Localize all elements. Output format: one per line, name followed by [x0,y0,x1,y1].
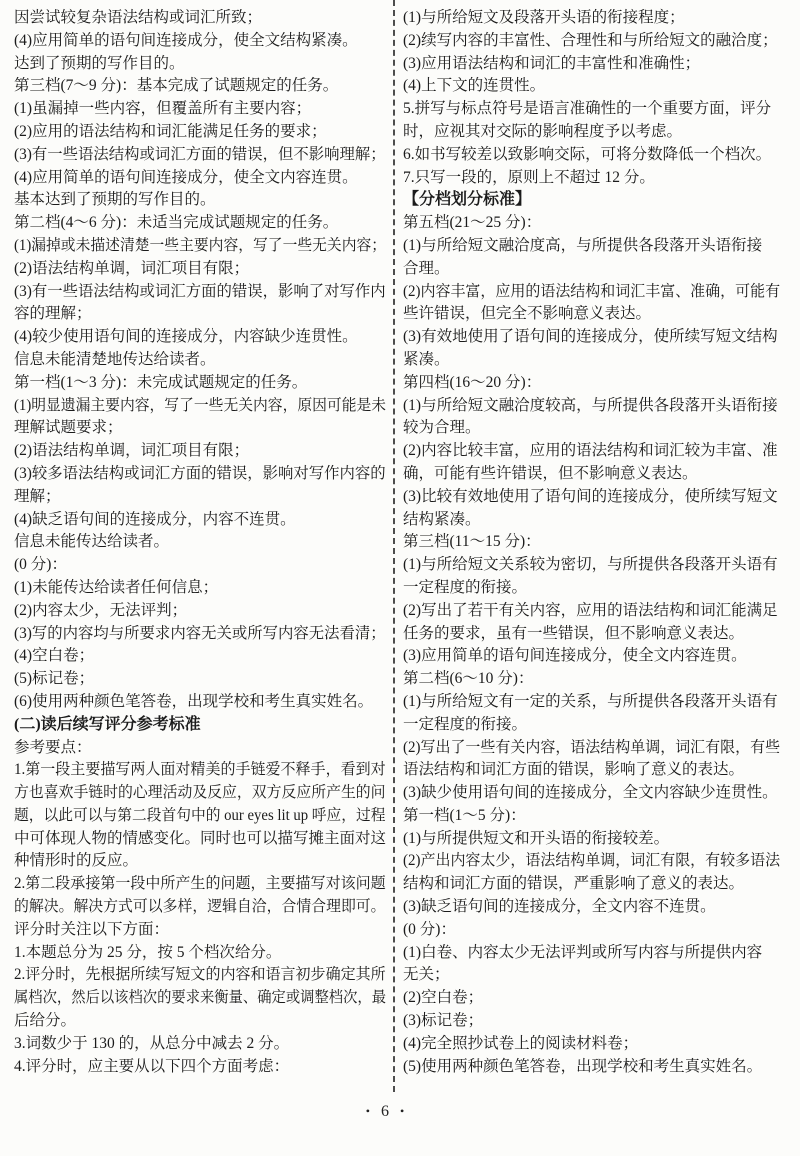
text-line: 信息未能传达给读者。 [14,531,386,554]
text-line: (1)与所提供短文和开头语的衔接较差。 [403,828,780,851]
text-line: 第一档(1～5 分)： [403,805,780,828]
text-line: 时，应视其对交际的影响程度予以考虑。 [403,121,780,144]
text-line: 理解； [14,486,386,509]
footer-dot-left: • [355,1104,381,1118]
text-line: 后给分。 [14,1010,386,1033]
text-line: 语法结构和词汇方面的错误，影响了意义的表达。 [403,759,780,782]
text-line: (1)未能传达给读者任何信息； [14,577,386,600]
text-line: 的解决。解决方式可以多样，逻辑自洽，合情合理即可。 [14,896,371,919]
text-line: 一定程度的衔接。 [403,577,780,600]
text-line: 属档次，然后以该档次的要求来衡量、确定或调整档次，最 [14,987,357,1010]
text-line: 任务的要求，虽有一些错误，但不影响意义表达。 [403,623,780,646]
text-line: 些许错误，但完全不影响意义表达。 [403,303,780,326]
text-line: (4)空白卷； [14,645,386,668]
text-line: 方也喜欢手链时的心理活动及反应，双方反应所产生的问 [14,782,371,805]
text-line: 第一档(1～3 分)：未完成试题规定的任务。 [14,372,386,395]
text-line: 结构和词汇方面的错误，严重影响了意义的表达。 [403,873,780,896]
text-line: 7.只写一段的，原则上不超过 12 分。 [403,167,780,190]
text-line: 2.第二段承接第一段中所产生的问题，主要描写对该问题 [14,873,374,896]
text-line: 第四档(16～20 分)： [403,372,780,395]
document-page: 因尝试较复杂语法结构或词汇所致；(4)应用简单的语句间连接成分，使全文结构紧凑。… [0,0,800,1156]
text-line: 4.评分时，应主要从以下四个方面考虑： [14,1056,386,1079]
text-line: (4)应用简单的语句间连接成分，使全文内容连贯。 [14,167,386,190]
text-line: (3)缺乏语句间的连接成分，全文内容不连贯。 [403,896,780,919]
text-line: (二)读后续写评分参考标准 [14,714,386,737]
text-line: (1)与所给短文及段落开头语的衔接程度； [403,7,780,30]
text-line: (3)标记卷； [403,1010,780,1033]
text-line: 种情形时的反应。 [14,850,386,873]
text-line: 参考要点： [14,737,386,760]
text-line: (2)语法结构单调，词汇项目有限； [14,440,386,463]
text-line: 1.第一段主要描写两人面对精美的手链爱不释手，看到对 [14,759,374,782]
text-line: (3)有一些语法结构或词汇方面的错误，影响了对写作内 [14,281,383,304]
text-line: (2)内容太少，无法评判； [14,600,386,623]
text-line: (4)完全照抄试卷上的阅读材料卷； [403,1033,780,1056]
text-line: (2)应用的语法结构和词汇能满足任务的要求； [14,121,386,144]
text-line: 中可体现人物的情感变化。同时也可以描写摊主面对这 [14,828,386,851]
text-line: (1)明显遗漏主要内容，写了一些无关内容，原因可能是未 [14,395,369,418]
text-line: 较为合理。 [403,417,780,440]
text-line: (2)空白卷； [403,987,780,1010]
text-line: (1)与所给短文有一定的关系，与所提供各段落开头语有 [403,691,780,714]
page-number: 6 [381,1103,389,1120]
text-line: (2)续写内容的丰富性、合理性和与所给短文的融洽度； [403,30,780,53]
text-line: (2)写出了一些有关内容，语法结构单调，词汇有限，有些 [403,737,767,760]
column-left: 因尝试较复杂语法结构或词汇所致；(4)应用简单的语句间连接成分，使全文结构紧凑。… [14,7,386,1078]
text-line: (1)虽漏掉一些内容，但覆盖所有主要内容； [14,98,386,121]
text-line: (3)应用语法结构和词汇的丰富性和准确性； [403,53,780,76]
text-line: (3)有一些语法结构或词汇方面的错误，但不影响理解； [14,144,383,167]
text-line: 5.拼写与标点符号是语言准确性的一个重要方面，评分 [403,98,780,121]
text-line: (5)使用两种颜色笔答卷，出现学校和考生真实姓名。 [403,1056,780,1079]
text-line: 第三档(7～9 分)：基本完成了试题规定的任务。 [14,75,386,98]
page-footer: •6• [0,1103,770,1121]
text-line: (2)语法结构单调，词汇项目有限； [14,258,386,281]
text-line: 第二档(6～10 分)： [403,668,780,691]
text-line: (3)写的内容均与所要求内容无关或所写内容无法看清； [14,623,383,646]
text-line: (3)有效地使用了语句间的连接成分，使所续写短文结构 [403,326,780,349]
text-line: (0 分)： [403,919,780,942]
text-line: (3)较多语法结构或词汇方面的错误，影响对写作内容的 [14,463,383,486]
text-line: (5)标记卷； [14,668,386,691]
text-line: (3)比较有效地使用了语句间的连接成分，使所续写短文 [403,486,780,509]
text-line: (6)使用两种颜色笔答卷，出现学校和考生真实姓名。 [14,691,386,714]
text-line: 1.本题总分为 25 分，按 5 个档次给分。 [14,942,386,965]
text-line: (2)写出了若干有关内容，应用的语法结构和词汇能满足 [403,600,780,623]
text-line: 达到了预期的写作目的。 [14,53,386,76]
text-line: 无关； [403,964,780,987]
text-line: (2)产出内容太少，语法结构单调，词汇有限，有较多语法 [403,850,767,873]
text-line: 一定程度的衔接。 [403,714,780,737]
text-line: (1)白卷、内容太少无法评判或所写内容与所提供内容 [403,942,780,965]
text-line: (0 分)： [14,554,386,577]
text-line: 评分时关注以下方面： [14,919,386,942]
text-line: 理解试题要求； [14,417,386,440]
text-line: (1)与所给短文融洽度高，与所提供各段落开头语衔接 [403,235,780,258]
footer-dot-right: • [389,1104,415,1118]
text-line: 2.评分时，先根据所续写短文的内容和语言初步确定其所 [14,964,374,987]
text-line: 第五档(21～25 分)： [403,212,780,235]
text-line: (3)应用简单的语句间连接成分，使全文内容连贯。 [403,645,780,668]
text-line: (4)缺乏语句间的连接成分，内容不连贯。 [14,509,386,532]
text-line: (4)上下文的连贯性。 [403,75,780,98]
column-divider [393,0,395,1092]
text-line: 确，可能有些许错误，但不影响意义表达。 [403,463,780,486]
text-line: 第三档(11～15 分)： [403,531,780,554]
column-right: (1)与所给短文及段落开头语的衔接程度；(2)续写内容的丰富性、合理性和与所给短… [403,7,780,1078]
text-line: (4)应用简单的语句间连接成分，使全文结构紧凑。 [14,30,386,53]
text-line: 3.词数少于 130 的，从总分中减去 2 分。 [14,1033,386,1056]
text-line: 合理。 [403,258,780,281]
text-line: 基本达到了预期的写作目的。 [14,189,386,212]
text-line: 【分档划分标准】 [403,189,780,212]
text-line: 6.如书写较差以致影响交际，可将分数降低一个档次。 [403,144,780,167]
text-line: (4)较少使用语句间的连接成分，内容缺少连贯性。 [14,326,386,349]
text-line: 结构紧凑。 [403,509,780,532]
text-line: 紧凑。 [403,349,780,372]
text-line: (3)缺少使用语句间的连接成分，全文内容缺少连贯性。 [403,782,780,805]
text-line: 题，以此可以与第二段首句中的 our eyes lit up 呼应，过程 [14,805,368,828]
text-line: 第二档(4～6 分)：未适当完成试题规定的任务。 [14,212,386,235]
text-line: (1)与所给短文关系较为密切，与所提供各段落开头语有 [403,554,780,577]
text-line: (1)漏掉或未描述清楚一些主要内容，写了一些无关内容； [14,235,369,258]
text-line: 信息未能清楚地传达给读者。 [14,349,386,372]
text-line: (1)与所给短文融洽度较高，与所提供各段落开头语衔接 [403,395,780,418]
text-line: (2)内容丰富，应用的语法结构和词汇丰富、准确，可能有 [403,281,767,304]
text-line: 因尝试较复杂语法结构或词汇所致； [14,7,386,30]
text-line: (2)内容比较丰富，应用的语法结构和词汇较为丰富、准 [403,440,780,463]
text-line: 容的理解； [14,303,386,326]
